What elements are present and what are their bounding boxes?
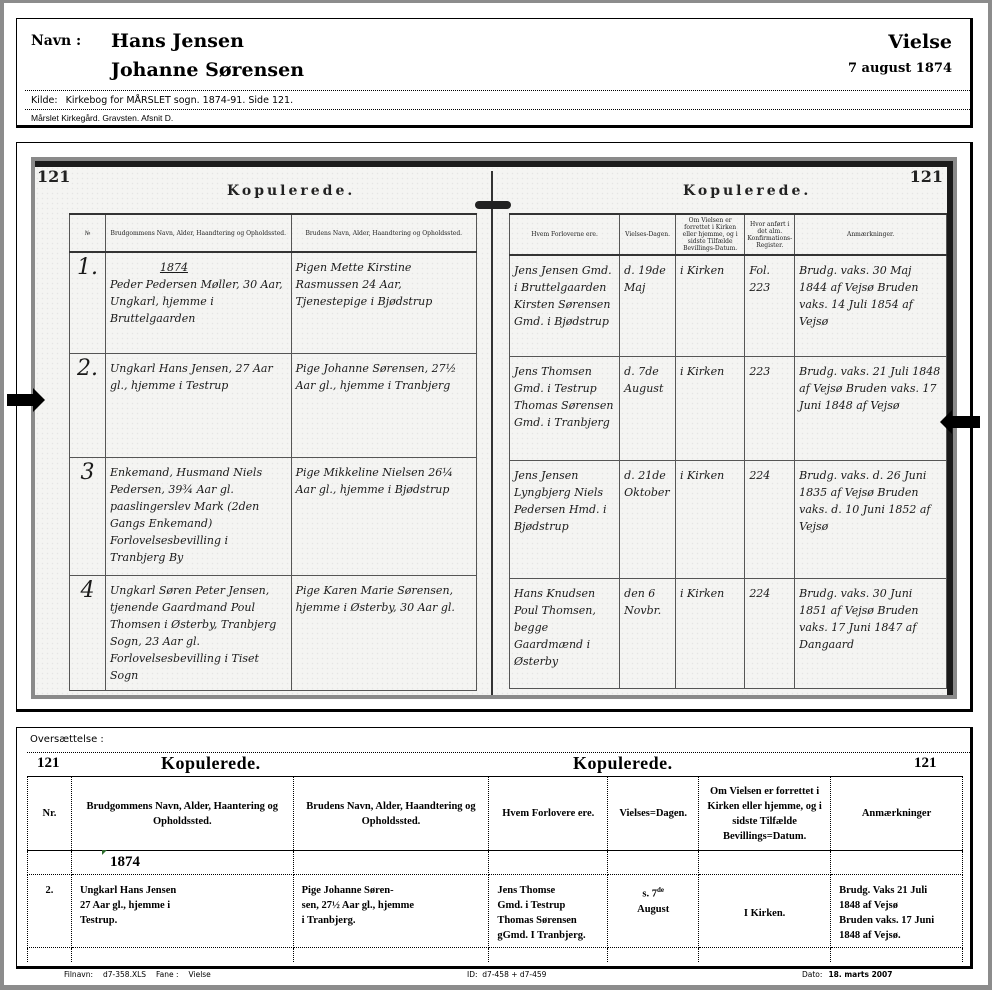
scan-register: Fol. 223 (745, 255, 795, 356)
scan-place: i Kirken (676, 356, 745, 460)
outer-frame-top (0, 0, 992, 3)
event-type: Vielse (888, 31, 952, 53)
scan-row: Jens Jensen Lyngbjerg Niels Pedersen Hmd… (510, 460, 947, 578)
bride-name: Johanne Sørensen (111, 59, 304, 81)
scan-header-witnesses: Hvem Forloverne ere. (510, 214, 620, 255)
scan-day: den 6 Novbr. (620, 578, 676, 688)
scan-register: 224 (745, 578, 795, 688)
scan-nr: 2. (70, 353, 106, 457)
groom-name: Hans Jensen (111, 30, 244, 52)
comment-marker-icon (102, 850, 107, 855)
scan-panel: 121 121 Kopulerede. Kopulerede. № Brudgo… (16, 142, 973, 712)
header-nr: Nr. (28, 777, 72, 851)
entry-place: I Kirken. (699, 875, 831, 948)
header-groom: Brudgommens Navn, Alder, Haantering og O… (71, 777, 293, 851)
footer-date-value: 18. marts 2007 (828, 970, 892, 979)
scan-row: Hans Knudsen Poul Thomsen, begge Gaardmæ… (510, 578, 947, 688)
footer-id: ID: d7-458 + d7-459 (467, 970, 546, 979)
navn-label: Navn : (31, 33, 81, 49)
translation-panel: Oversættelse : 121 Kopulerede. Kopulered… (16, 727, 973, 969)
footer-date: Dato:18. marts 2007 (802, 970, 892, 979)
scan-witnesses: Hans Knudsen Poul Thomsen, begge Gaardmæ… (510, 578, 620, 688)
record-header: Navn : Hans Jensen Johanne Sørensen Viel… (16, 18, 973, 128)
year-row: 1874 (28, 851, 963, 875)
source-line: Kilde:Kirkebog for MÅRSLET sogn. 1874-91… (31, 95, 301, 106)
translation-title-left: Kopulerede. (161, 753, 261, 774)
scan-groom: Enkemand, Husmand Niels Pedersen, 39¾ Aa… (105, 457, 291, 575)
scan-header-notes: Anmærkninger. (795, 214, 947, 255)
scan-day: d. 21de Oktober (620, 460, 676, 578)
scan-bride: Pige Karen Marie Sørensen, hjemme i Øste… (291, 575, 476, 690)
translation-table: Nr. Brudgommens Navn, Alder, Haantering … (27, 776, 963, 962)
scan-nr: 1. (70, 252, 106, 353)
footer-id-value: d7-458 + d7-459 (482, 970, 546, 979)
scan-day: d. 7de August (620, 356, 676, 460)
scan-bride: Pigen Mette Kirstine Rasmussen 24 Aar, T… (291, 252, 476, 353)
scan-row: 2. Ungkarl Hans Jensen, 27 Aar gl., hjem… (70, 353, 477, 457)
scan-witnesses: Jens Jensen Lyngbjerg Niels Pedersen Hmd… (510, 460, 620, 578)
scan-page-number-right: 121 (910, 167, 943, 186)
scan-day: d. 19de Maj (620, 255, 676, 356)
footer-file: Filnavn:d7-358.XLSFane :Vielse (64, 970, 221, 979)
entry-day: s. 7de August (608, 875, 699, 948)
scan-title-left: Kopulerede. (227, 183, 355, 199)
scan-place: i Kirken (676, 578, 745, 688)
scan-witnesses: Jens Jensen Gmd. i Bruttelgaarden Kirste… (510, 255, 620, 356)
translation-page-left: 121 (37, 755, 60, 772)
divider (25, 109, 970, 110)
scan-groom: Ungkarl Søren Peter Jensen, tjenende Gaa… (105, 575, 291, 690)
outer-frame-bottom (0, 985, 992, 990)
church-book-scan: 121 121 Kopulerede. Kopulerede. № Brudgo… (31, 157, 957, 699)
scan-notes: Brudg. vaks. d. 26 Juni 1835 af Vejsø Br… (795, 460, 947, 578)
year-cell: 1874 (71, 851, 293, 875)
scan-header-day: Vielses-Dagen. (620, 214, 676, 255)
scan-register: 223 (745, 356, 795, 460)
translation-label: Oversættelse : (30, 734, 104, 745)
source-text: Kirkebog for MÅRSLET sogn. 1874-91. Side… (66, 95, 294, 106)
scan-edge (35, 161, 953, 167)
event-date: 7 august 1874 (848, 61, 952, 76)
scan-place: i Kirken (676, 460, 745, 578)
scan-header-nr: № (70, 214, 106, 252)
scan-header-bride: Brudens Navn, Alder, Haandtering og Opho… (291, 214, 476, 252)
translation-title-right: Kopulerede. (573, 753, 673, 774)
scan-bride: Pige Johanne Sørensen, 27½ Aar gl., hjem… (291, 353, 476, 457)
scan-groom: 1874Peder Pedersen Møller, 30 Aar, Ungka… (105, 252, 291, 353)
entry-notes: Brudg. Vaks 21 Juli 1848 af Vejsø Bruden… (831, 875, 963, 948)
scan-table-right: Hvem Forloverne ere. Vielses-Dagen. Om V… (509, 213, 947, 689)
header-place: Om Vielsen er forrettet i Kirken eller h… (699, 777, 831, 851)
scan-place: i Kirken (676, 255, 745, 356)
scan-nr: 4 (70, 575, 106, 690)
scan-row: Jens Thomsen Gmd. i Testrup Thomas Søren… (510, 356, 947, 460)
grave-reference: Mårslet Kirkegård. Gravsten. Afsnit D. (31, 113, 173, 123)
outer-frame-right (988, 0, 992, 990)
scan-register: 224 (745, 460, 795, 578)
scan-title-right: Kopulerede. (683, 183, 811, 199)
scan-page-number-left: 121 (37, 167, 70, 186)
header-notes: Anmærkninger (831, 777, 963, 851)
entry-witnesses: Jens Thomse Gmd. i Testrup Thomas Sørens… (489, 875, 608, 948)
entry-groom: Ungkarl Hans Jensen 27 Aar gl., hjemme i… (71, 875, 293, 948)
translation-header-row: Nr. Brudgommens Navn, Alder, Haantering … (28, 777, 963, 851)
scan-header-place: Om Vielsen er forrettet i Kirken eller h… (676, 214, 745, 255)
entry-bride: Pige Johanne Søren- sen, 27½ Aar gl., hj… (293, 875, 489, 948)
scan-groom: Ungkarl Hans Jensen, 27 Aar gl., hjemme … (105, 353, 291, 457)
entry-row: 2. Ungkarl Hans Jensen 27 Aar gl., hjemm… (28, 875, 963, 948)
header-bride: Brudens Navn, Alder, Haandtering og Opho… (293, 777, 489, 851)
scan-table-left: № Brudgommens Navn, Alder, Haandtering o… (69, 213, 477, 691)
scan-notes: Brudg. vaks. 30 Maj 1844 af Vejsø Bruden… (795, 255, 947, 356)
book-clasp (475, 201, 511, 209)
scan-row: 4 Ungkarl Søren Peter Jensen, tjenende G… (70, 575, 477, 690)
scan-bride: Pige Mikkeline Nielsen 26¼ Aar gl., hjem… (291, 457, 476, 575)
scan-nr: 3 (70, 457, 106, 575)
scan-header-register: Hvor anført i det alm. Konfirmations-Reg… (745, 214, 795, 255)
scan-row: 1. 1874Peder Pedersen Møller, 30 Aar, Un… (70, 252, 477, 353)
footer-sheet: Vielse (189, 970, 211, 979)
scan-notes: Brudg. vaks. 21 Juli 1848 af Vejsø Brude… (795, 356, 947, 460)
source-label: Kilde: (31, 95, 58, 106)
scan-witnesses: Jens Thomsen Gmd. i Testrup Thomas Søren… (510, 356, 620, 460)
header-day: Vielses=Dagen. (608, 777, 699, 851)
scan-row: 3 Enkemand, Husmand Niels Pedersen, 39¾ … (70, 457, 477, 575)
entry-nr: 2. (28, 875, 72, 948)
scan-year: 1874 (110, 259, 287, 276)
scan-header-groom: Brudgommens Navn, Alder, Haandtering og … (105, 214, 291, 252)
divider (25, 90, 970, 91)
book-spine (491, 171, 493, 695)
empty-row (28, 948, 963, 962)
header-witnesses: Hvem Forlovere ere. (489, 777, 608, 851)
scan-notes: Brudg. vaks. 30 Juni 1851 af Vejsø Brude… (795, 578, 947, 688)
outer-frame-left (0, 0, 4, 990)
scan-row: Jens Jensen Gmd. i Bruttelgaarden Kirste… (510, 255, 947, 356)
translation-page-right: 121 (914, 755, 937, 772)
footer-filename: d7-358.XLS (103, 970, 146, 979)
